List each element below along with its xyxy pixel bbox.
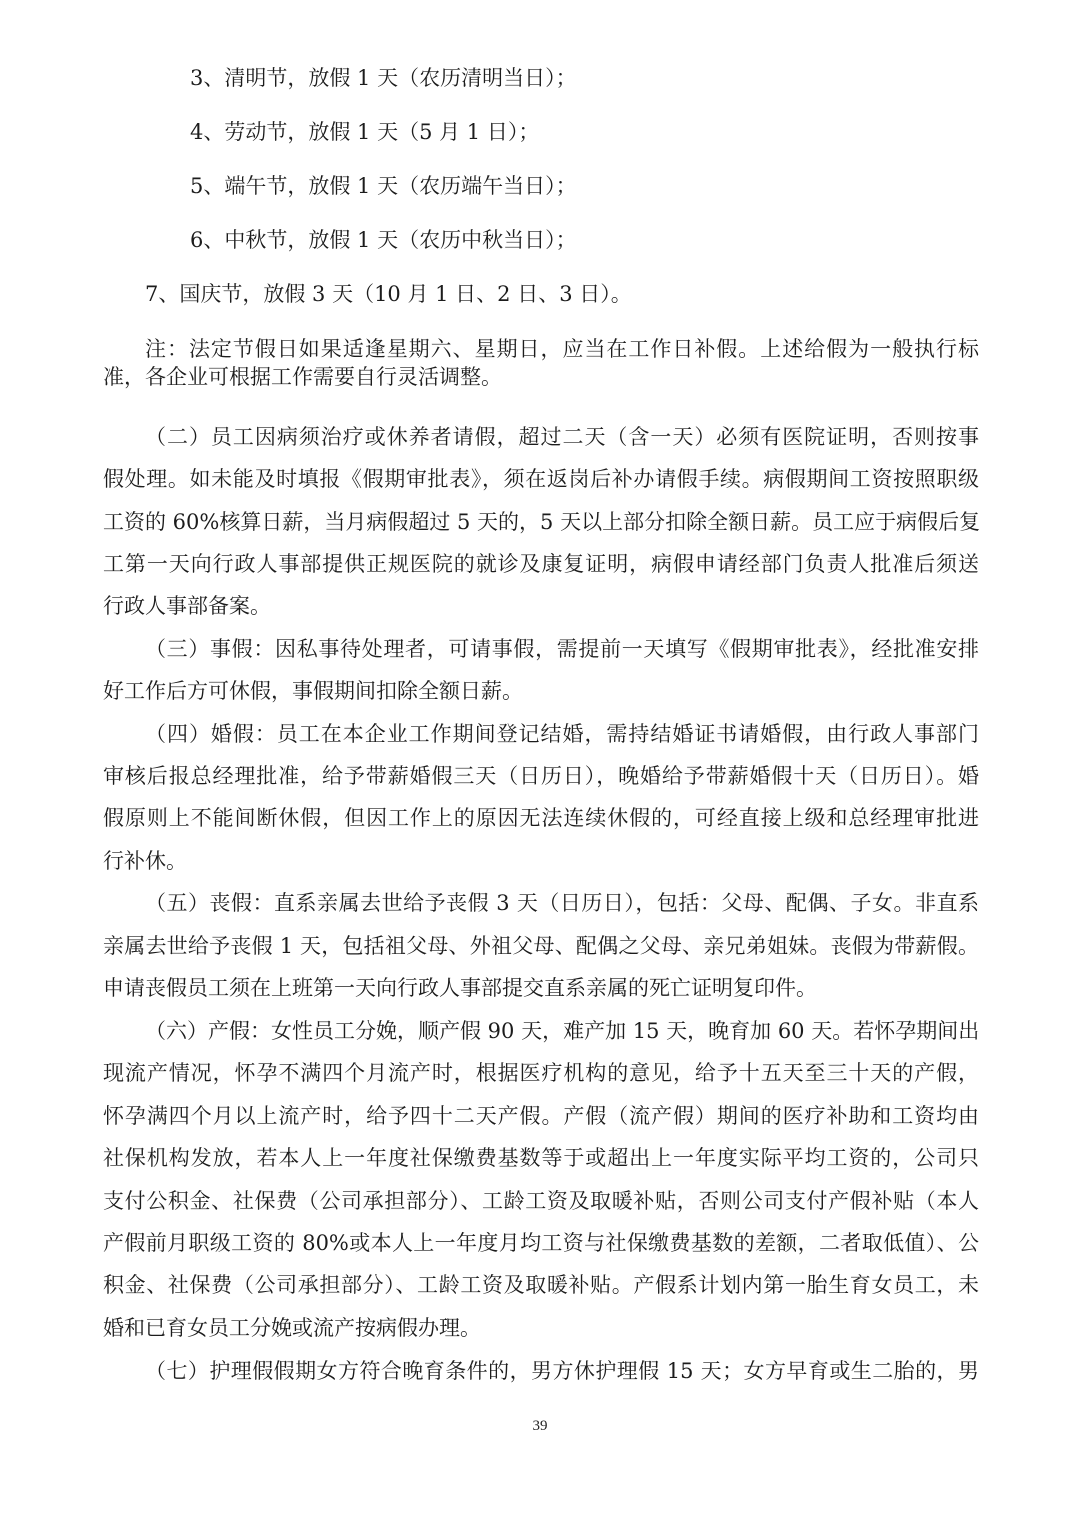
paragraph-line: 社保机构发放，若本人上一年度社保缴费基数等于或超出上一年度实际平均工资的，公司只: [103, 1144, 979, 1172]
paragraph-line: （五）丧假：直系亲属去世给予丧假 3 天（日历日），包括：父母、配偶、子女。非直…: [145, 889, 979, 917]
paragraph-line: （二）员工因病须治疗或休养者请假，超过二天（含一天）必须有医院证明，否则按事: [145, 423, 979, 451]
holiday-item-qingming: 3、清明节，放假 1 天（农历清明当日）；: [190, 64, 577, 92]
paragraph-line: （七）护理假假期女方符合晚育条件的，男方休护理假 15 天；女方早育或生二胎的，…: [145, 1357, 979, 1385]
paragraph-line: 假原则上不能间断休假，但因工作上的原因无法连续休假的，可经直接上级和总经理审批进: [103, 804, 979, 832]
page-number: 39: [0, 1418, 1080, 1435]
paragraph-line: 准，各企业可根据工作需要自行灵活调整。: [103, 363, 979, 391]
paragraph-line: （四）婚假：员工在本企业工作期间登记结婚，需持结婚证书请婚假，由行政人事部门: [145, 720, 979, 748]
paragraph-line: 现流产情况，怀孕不满四个月流产时，根据医疗机构的意见，给予十五天至三十天的产假，: [103, 1059, 979, 1087]
holiday-item-dragon-boat: 5、端午节，放假 1 天（农历端午当日）；: [190, 172, 577, 200]
holiday-item-mid-autumn: 6、中秋节，放假 1 天（农历中秋当日）；: [190, 226, 577, 254]
paragraph-line: 怀孕满四个月以上流产时，给予四十二天产假。产假（流产假）期间的医疗补助和工资均由: [103, 1102, 979, 1130]
paragraph-line: 注：法定节假日如果适逢星期六、星期日，应当在工作日补假。上述给假为一般执行标: [145, 335, 979, 363]
paragraph-line: 审核后报总经理批准，给予带薪婚假三天（日历日），晚婚给予带薪婚假十天（日历日）。…: [103, 762, 979, 790]
document-page: 3、清明节，放假 1 天（农历清明当日）； 4、劳动节，放假 1 天（5 月 1…: [0, 0, 1080, 1527]
paragraph-line: 好工作后方可休假，事假期间扣除全额日薪。: [103, 677, 979, 705]
holiday-item-labor-day: 4、劳动节，放假 1 天（5 月 1 日）；: [190, 118, 539, 146]
paragraph-line: 假处理。如未能及时填报《假期审批表》，须在返岗后补办请假手续。病假期间工资按照职…: [103, 465, 979, 493]
paragraph-line: 工第一天向行政人事部提供正规医院的就诊及康复证明，病假申请经部门负责人批准后须送: [103, 550, 979, 578]
holiday-item-national-day: 7、国庆节，放假 3 天（10 月 1 日、2 日、3 日）。: [145, 280, 632, 308]
paragraph-line: 行政人事部备案。: [103, 592, 979, 620]
paragraph-line: 积金、社保费（公司承担部分）、工龄工资及取暖补贴。产假系计划内第一胎生育女员工，…: [103, 1271, 979, 1299]
paragraph-line: 亲属去世给予丧假 1 天，包括祖父母、外祖父母、配偶之父母、亲兄弟姐妹。丧假为带…: [103, 932, 979, 960]
paragraph-line: 申请丧假员工须在上班第一天向行政人事部提交直系亲属的死亡证明复印件。: [103, 974, 979, 1002]
paragraph-line: 工资的 60%核算日薪，当月病假超过 5 天的，5 天以上部分扣除全额日薪。员工…: [103, 508, 979, 536]
paragraph-line: 婚和已育女员工分娩或流产按病假办理。: [103, 1314, 979, 1342]
paragraph-line: 支付公积金、社保费（公司承担部分）、工龄工资及取暖补贴，否则公司支付产假补贴（本…: [103, 1187, 979, 1215]
paragraph-line: （六）产假：女性员工分娩，顺产假 90 天，难产加 15 天，晚育加 60 天。…: [145, 1017, 979, 1045]
paragraph-line: 产假前月职级工资的 80%或本人上一年度月均工资与社保缴费基数的差额，二者取低值…: [103, 1229, 979, 1257]
paragraph-line: 行补休。: [103, 847, 979, 875]
paragraph-line: （三）事假：因私事待处理者，可请事假，需提前一天填写《假期审批表》，经批准安排: [145, 635, 979, 663]
